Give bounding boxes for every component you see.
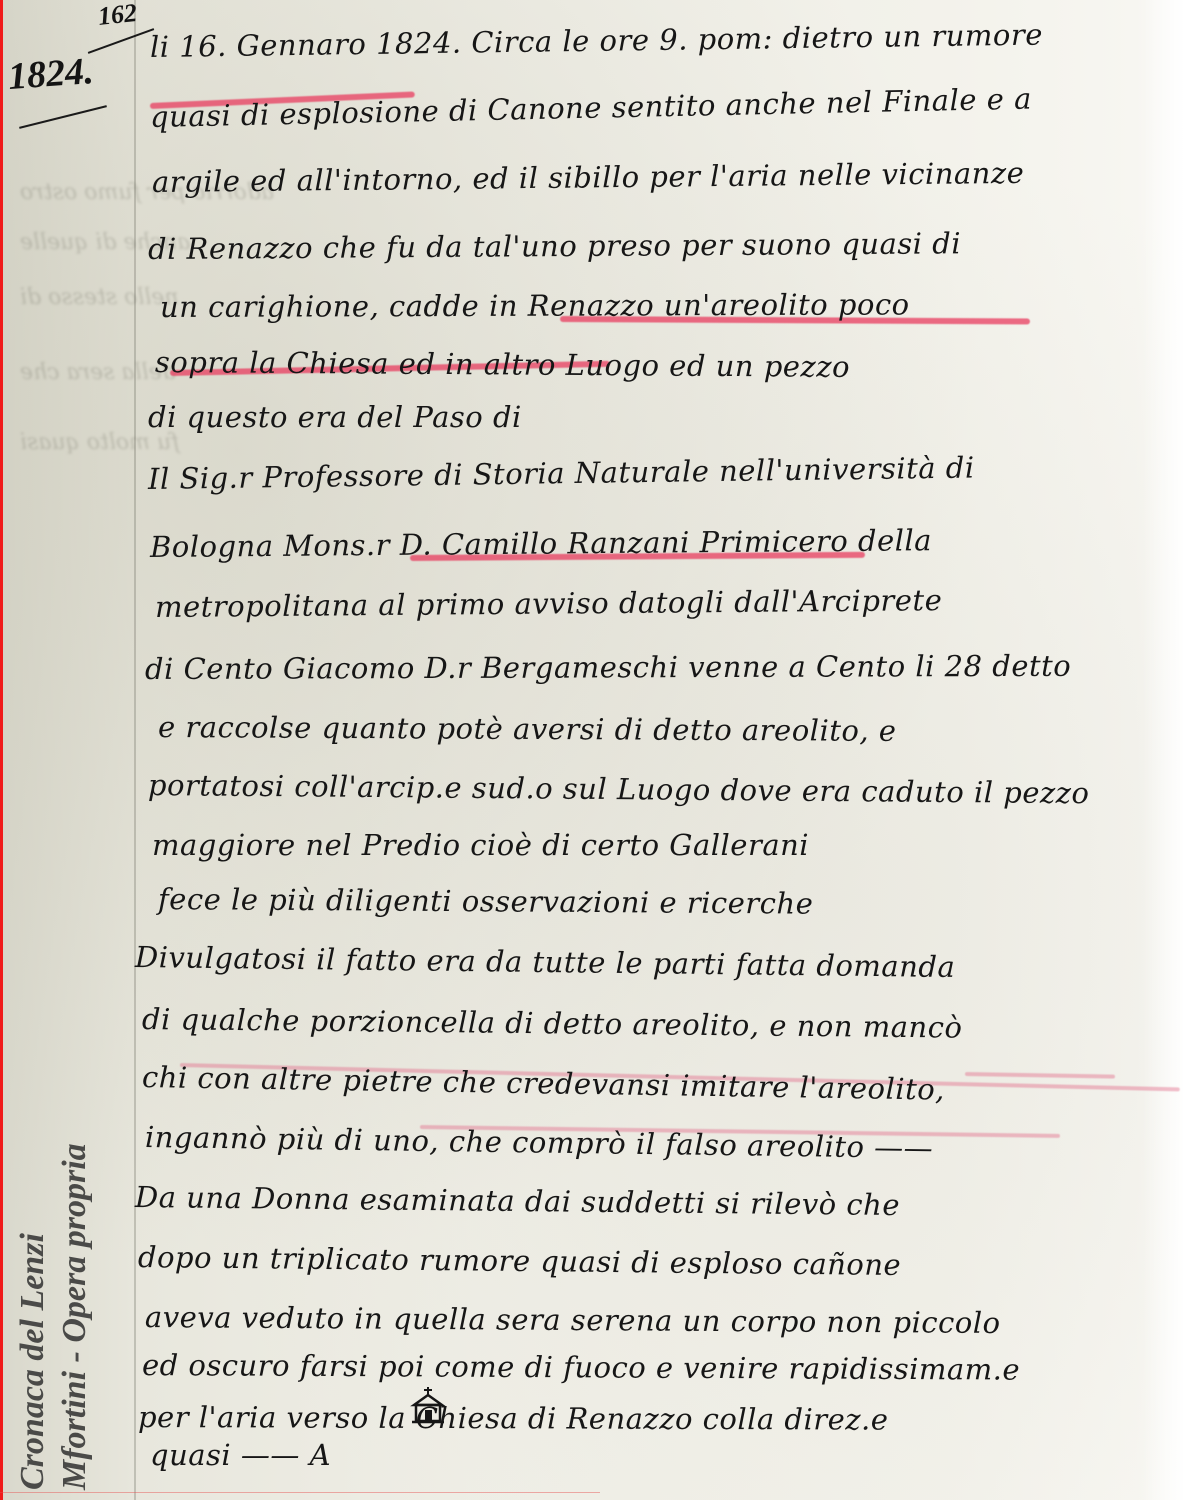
bleed-through-text: della sera che <box>20 360 176 385</box>
manuscript-line: e raccolse quanto potè aversi di detto a… <box>158 710 897 748</box>
page-number-underline <box>88 28 154 54</box>
left-red-edge <box>0 0 3 1500</box>
watermark: Cronaca del Lenzi Mfortini - Opera propr… <box>12 1143 96 1490</box>
manuscript-line: portatosi coll'arcip.e sud.o sul Luogo d… <box>148 768 1090 810</box>
margin-year-underline <box>19 105 107 129</box>
bleed-through-text: nello stesso di <box>20 285 179 310</box>
manuscript-line: Da una Donna esaminata dai suddetti si r… <box>135 1180 900 1222</box>
page-number: 162 <box>97 0 139 32</box>
watermark-line-1: Cronaca del Lenzi <box>12 1143 54 1490</box>
manuscript-line: Divulgatosi il fatto era da tutte le par… <box>135 940 956 984</box>
manuscript-line: argile ed all'intorno, ed il sibillo per… <box>152 156 1025 199</box>
manuscript-line: per l'aria verso la Chiesa di Renazzo co… <box>138 1400 889 1437</box>
margin-year: 1824. <box>7 49 95 99</box>
manuscript-line: di Renazzo che fu da tal'uno preso per s… <box>148 226 961 266</box>
manuscript-line: di questo era del Paso di <box>148 400 522 434</box>
manuscript-line: metropolitana al primo avviso datogli da… <box>155 583 943 624</box>
page-edge-highlight <box>1143 0 1183 1500</box>
watermark-line-2: Mfortini - Opera propria <box>54 1143 96 1490</box>
manuscript-line: un carighione, cadde in Renazzo un'areol… <box>160 287 910 324</box>
manuscript-line: di qualche porzioncella di detto areolit… <box>142 1002 963 1045</box>
manuscript-line: dopo un triplicato rumore quasi di esplo… <box>138 1240 902 1282</box>
church-icon <box>408 1385 448 1425</box>
manuscript-line: maggiore nel Predio cioè di certo Galler… <box>152 828 809 862</box>
manuscript-page: adorrio per fumo ostro anche di quelle n… <box>0 0 1183 1500</box>
manuscript-line: fece le più diligenti osservazioni e ric… <box>158 882 814 921</box>
red-underline-non-manco <box>965 1072 1115 1079</box>
manuscript-line: Bologna Mons.r D. Camillo Ranzani Primic… <box>150 523 932 564</box>
manuscript-line: ingannò più di uno, che comprò il falso … <box>145 1120 934 1165</box>
manuscript-line: Il Sig.r Professore di Storia Naturale n… <box>148 450 975 496</box>
manuscript-line: aveva veduto in quella sera serena un co… <box>145 1300 1001 1340</box>
manuscript-line: quasi di esplosione di Canone sentito an… <box>150 82 1033 134</box>
bottom-red-rule <box>0 1492 600 1493</box>
margin-rule-line <box>134 0 136 1500</box>
manuscript-line: quasi —— A <box>150 1438 331 1472</box>
manuscript-line: chi con altre pietre che credevansi imit… <box>142 1060 945 1107</box>
manuscript-line: di Cento Giacomo D.r Bergameschi venne a… <box>145 649 1071 686</box>
manuscript-line: ed oscuro farsi poi come di fuoco e veni… <box>142 1348 1020 1387</box>
manuscript-line: sopra la Chiesa ed in altro Luogo ed un … <box>155 345 850 384</box>
manuscript-line: li 16. Gennaro 1824. Circa le ore 9. pom… <box>150 18 1043 64</box>
